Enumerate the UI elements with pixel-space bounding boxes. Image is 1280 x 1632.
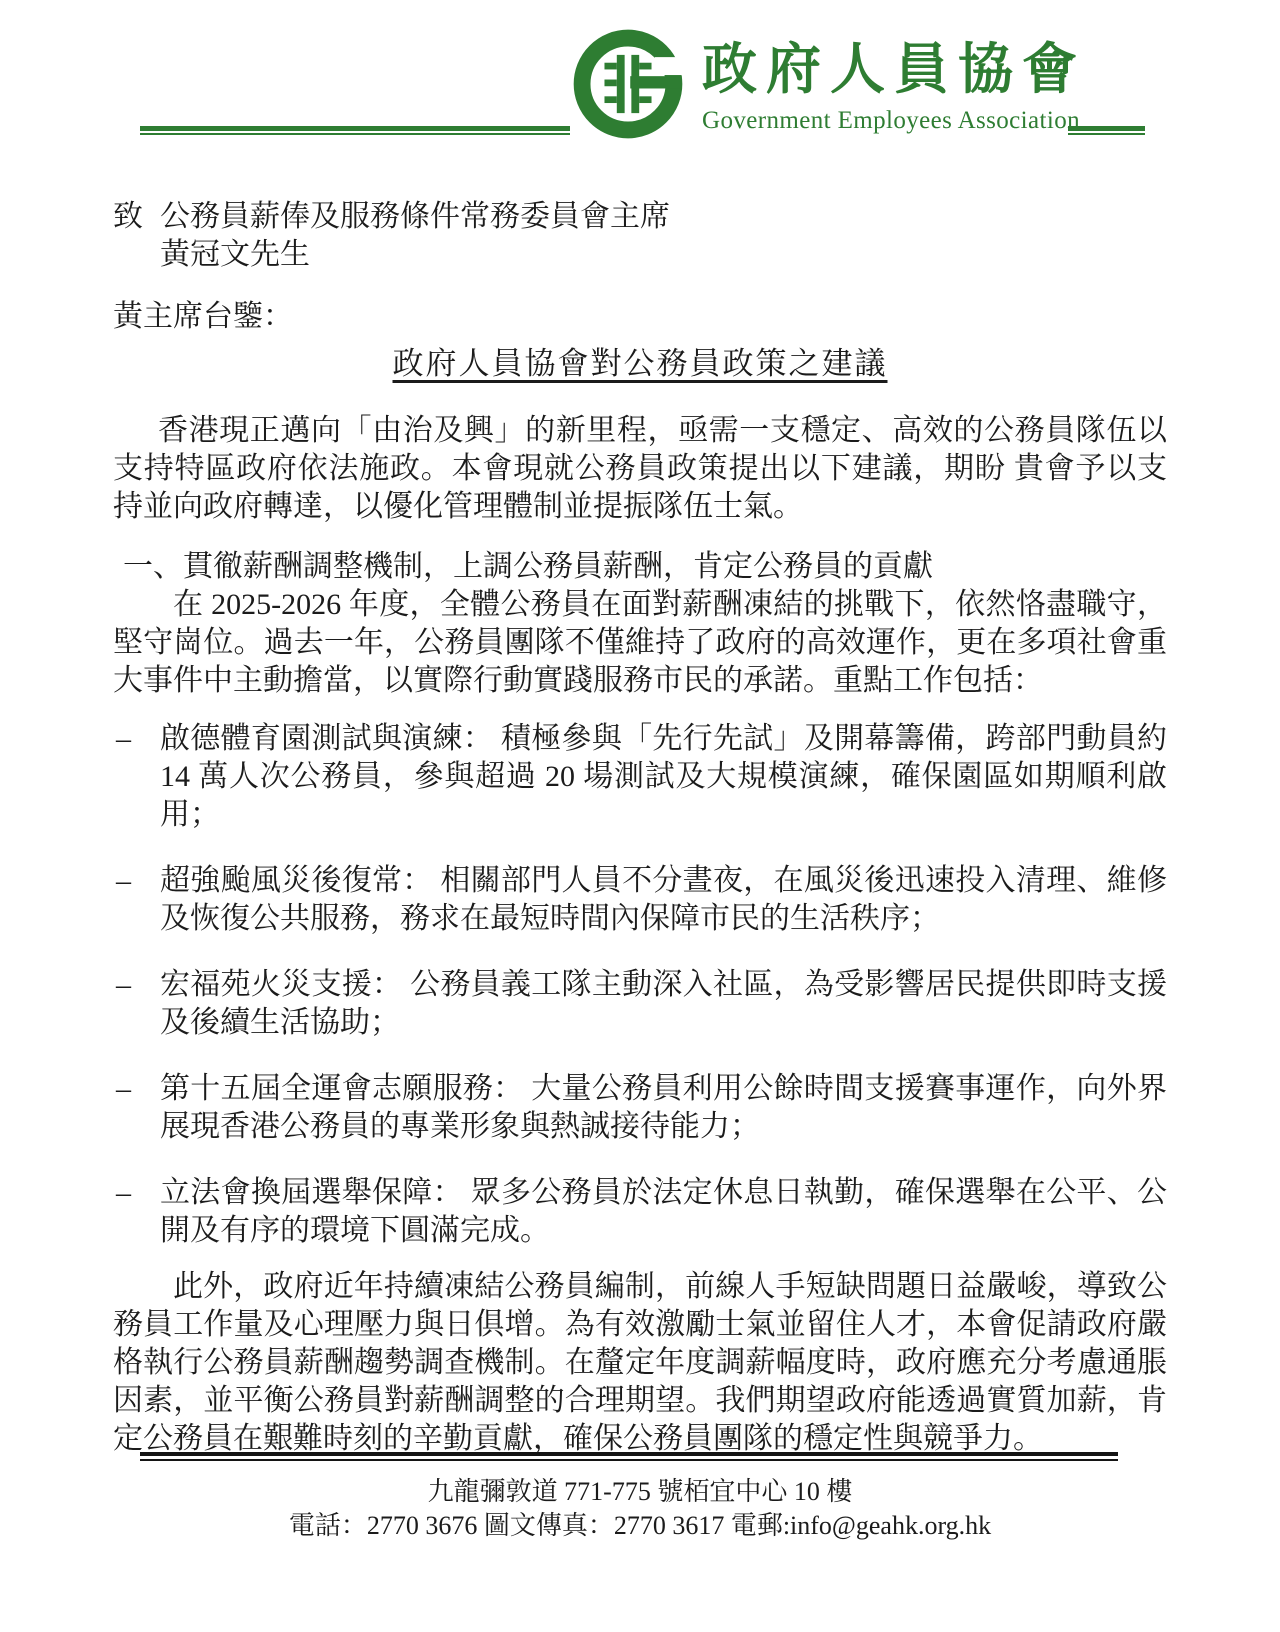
section1-heading: 一、貫徹薪酬調整機制，上調公務員薪酬，肯定公務員的貢獻 — [113, 548, 1167, 586]
list-item: – 超強颱風災後復常： 相關部門人員不分晝夜，在風災後迅速投入清理、維修及恢復公… — [113, 862, 1167, 938]
recipient-prefix: 致 — [113, 198, 160, 236]
gea-logo-icon — [572, 26, 684, 142]
highlight-list: – 啟德體育園測試與演練： 積極參與「先行先試」及開幕籌備，跨部門動員約 14 … — [113, 720, 1167, 1250]
section1-lead: 在 2025-2026 年度，全體公務員在面對薪酬凍結的挑戰下，依然恪盡職守，堅… — [113, 586, 1167, 700]
list-item: – 啟德體育園測試與演練： 積極參與「先行先試」及開幕籌備，跨部門動員約 14 … — [113, 720, 1167, 834]
list-item-text: 立法會換屆選舉保障： 眾多公務員於法定休息日執勤，確保選舉在公平、公開及有序的環… — [160, 1174, 1167, 1250]
bullet-dash-icon: – — [113, 720, 160, 834]
list-item-text: 宏福苑火災支援： 公務員義工隊主動深入社區，為受影響居民提供即時支援及後續生活協… — [160, 966, 1167, 1042]
letterhead: 政府人員協會 Government Employees Association — [0, 0, 1280, 170]
salutation: 黃主席台鑒： — [113, 298, 1167, 336]
recipient-line: 致 公務員薪俸及服務條件常務委員會主席 — [113, 198, 1167, 236]
footer-address: 九龍彌敦道 771-775 號栢宜中心 10 樓 — [0, 1477, 1280, 1507]
subject-title: 政府人員協會對公務員政策之建議 — [113, 342, 1167, 386]
list-item-text: 啟德體育園測試與演練： 積極參與「先行先試」及開幕籌備，跨部門動員約 14 萬人… — [160, 720, 1167, 834]
list-item-text: 超強颱風災後復常： 相關部門人員不分晝夜，在風災後迅速投入清理、維修及恢復公共服… — [160, 862, 1167, 938]
org-name-zh: 政府人員協會 — [702, 38, 1122, 101]
letter-footer: 九龍彌敦道 771-775 號栢宜中心 10 樓 電話：2770 3676 圖文… — [0, 1452, 1280, 1541]
intro-paragraph: 香港現正邁向「由治及興」的新里程，亟需一支穩定、高效的公務員隊伍以支持特區政府依… — [113, 412, 1167, 526]
recipient-committee: 公務員薪俸及服務條件常務委員會主席 — [160, 198, 670, 236]
bullet-dash-icon: – — [113, 1070, 160, 1146]
letter-page: 政府人員協會 Government Employees Association … — [0, 0, 1280, 1632]
list-item: – 立法會換屆選舉保障： 眾多公務員於法定休息日執勤，確保選舉在公平、公開及有序… — [113, 1174, 1167, 1250]
list-item: – 第十五屆全運會志願服務： 大量公務員利用公餘時間支援賽事運作，向外界展現香港… — [113, 1070, 1167, 1146]
letter-body: 致 公務員薪俸及服務條件常務委員會主席 黃冠文先生 黃主席台鑒： 政府人員協會對… — [113, 170, 1167, 1458]
bullet-dash-icon: – — [113, 966, 160, 1042]
bullet-dash-icon: – — [113, 862, 160, 938]
closing-paragraph: 此外，政府近年持續凍結公務員編制，前線人手短缺問題日益嚴峻，導致公務員工作量及心… — [113, 1268, 1167, 1458]
list-item: – 宏福苑火災支援： 公務員義工隊主動深入社區，為受影響居民提供即時支援及後續生… — [113, 966, 1167, 1042]
org-name-en: Government Employees Association — [702, 107, 1122, 135]
bullet-dash-icon: – — [113, 1174, 160, 1250]
header-left-rule — [140, 126, 570, 135]
header-right-rule — [1068, 126, 1145, 135]
footer-contact: 電話：2770 3676 圖文傳真：2770 3617 電郵:info@geah… — [0, 1511, 1280, 1541]
org-names: 政府人員協會 Government Employees Association — [702, 38, 1122, 135]
list-item-text: 第十五屆全運會志願服務： 大量公務員利用公餘時間支援賽事運作，向外界展現香港公務… — [160, 1070, 1167, 1146]
recipient-name: 黃冠文先生 — [113, 236, 1167, 274]
footer-rule — [140, 1452, 1118, 1461]
